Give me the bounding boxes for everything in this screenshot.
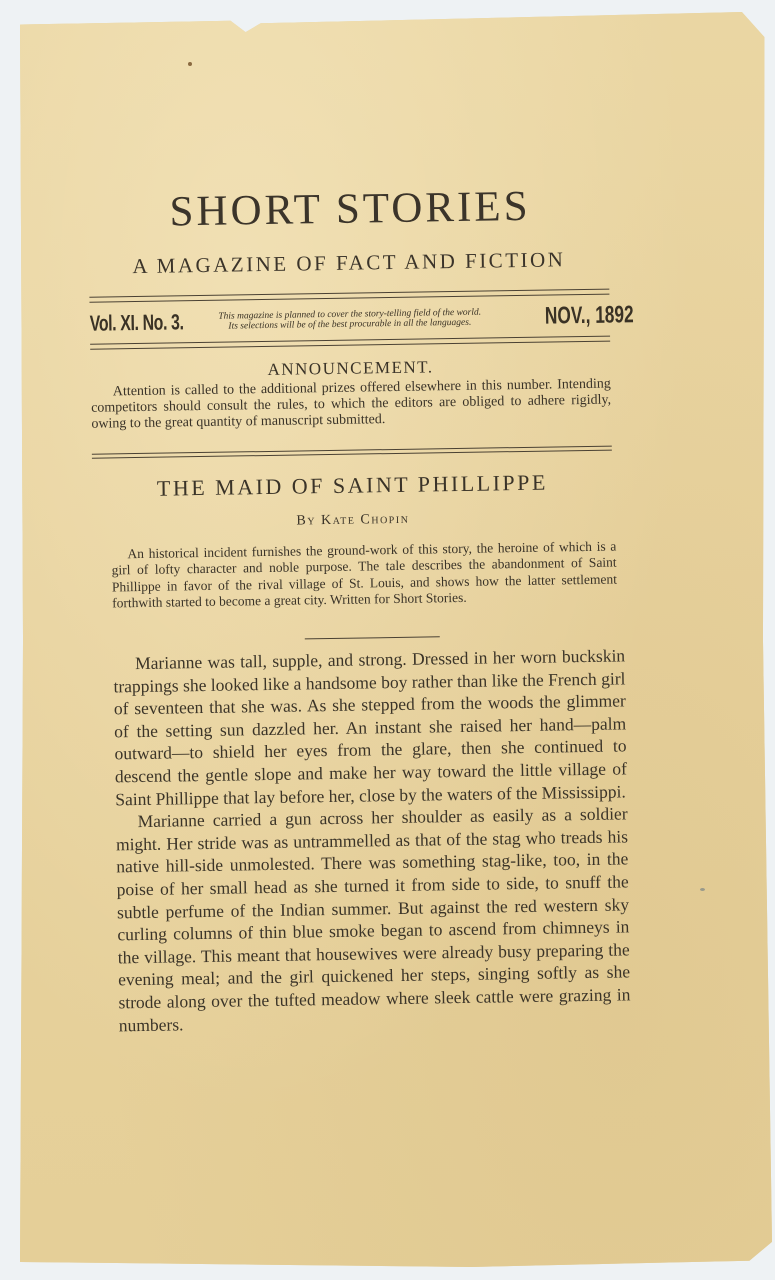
magazine-title: SHORT STORIES <box>140 181 561 237</box>
story-title: THE MAID OF SAINT PHILLIPPE <box>122 469 582 502</box>
announcement-rule-bottom <box>92 450 612 459</box>
paper-blemish <box>188 62 192 66</box>
story-paragraph: Marianne carried a gun across her should… <box>115 803 630 1037</box>
story-byline: By Kate Chopin <box>93 509 613 533</box>
story-synopsis: An historical incident furnishes the gro… <box>111 539 617 612</box>
issue-line: Vol. XI. No. 3. This magazine is planned… <box>90 298 611 342</box>
masthead-rule-top <box>89 289 609 298</box>
magazine-subtitle: A MAGAZINE OF FACT AND FICTION <box>89 247 609 280</box>
issue-date: NOV., 1892 <box>545 302 610 331</box>
page-content: SHORT STORIES A MAGAZINE OF FACT AND FIC… <box>85 9 605 17</box>
announcement-body: Attention is called to the additional pr… <box>91 377 612 433</box>
story-body: Marianne was tall, supple, and strong. D… <box>113 644 631 1036</box>
issue-volume: Vol. XI. No. 3. <box>90 310 162 337</box>
issue-motto: This magazine is planned to cover the st… <box>180 307 520 332</box>
magazine-page: SHORT STORIES A MAGAZINE OF FACT AND FIC… <box>20 12 772 1267</box>
synopsis-divider <box>305 636 440 639</box>
story-paragraph: Marianne was tall, supple, and strong. D… <box>113 644 627 810</box>
paper-blemish <box>700 888 705 891</box>
